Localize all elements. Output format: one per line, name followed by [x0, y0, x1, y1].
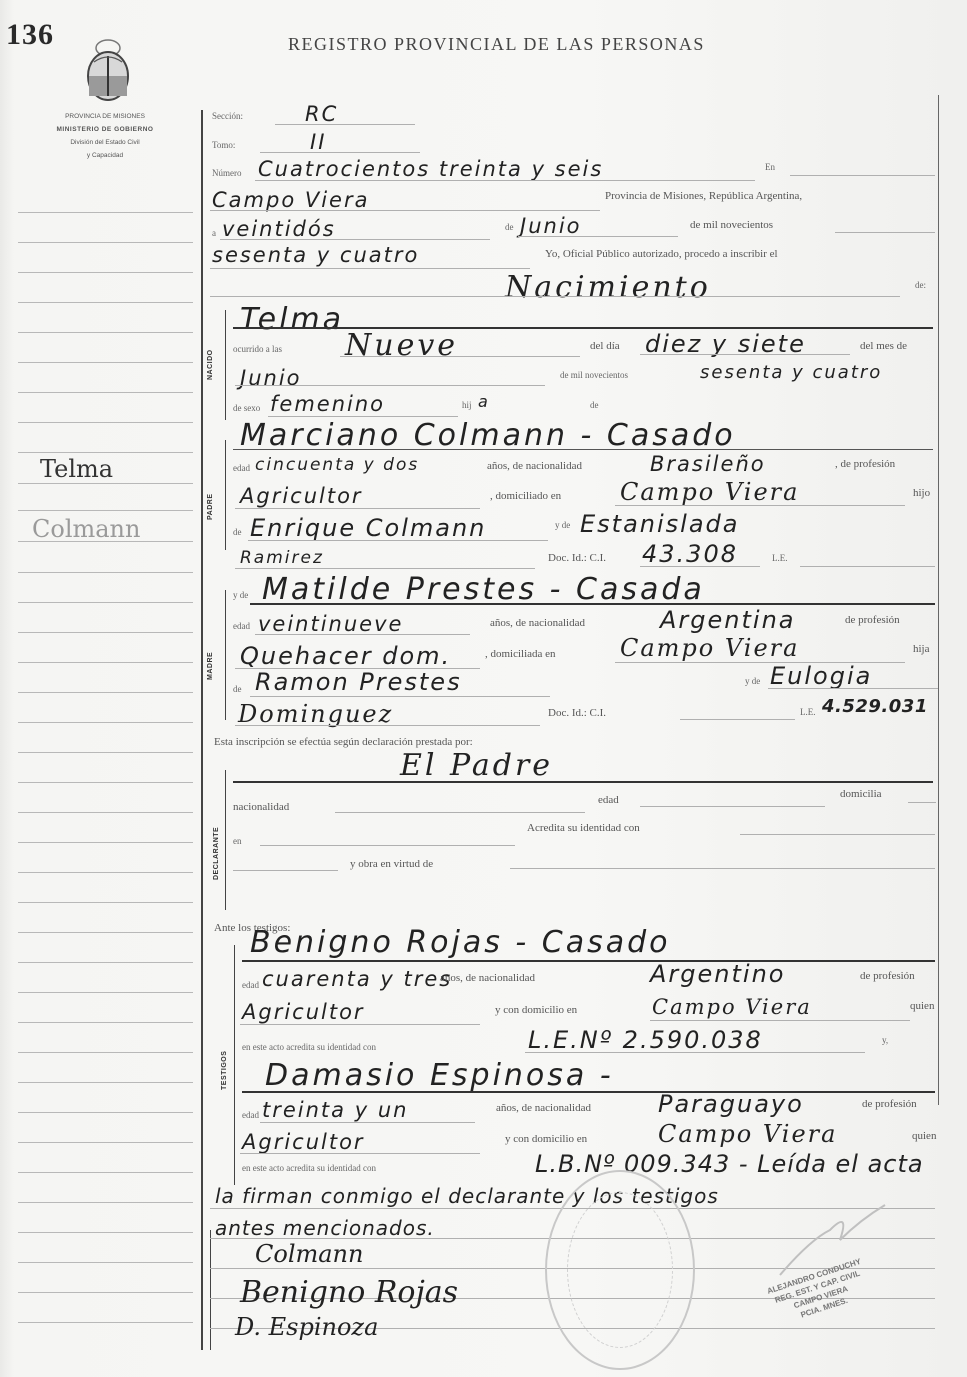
margin-rule [18, 842, 193, 843]
margin-rule [18, 242, 193, 243]
en-label: En [765, 162, 775, 172]
name-underline [250, 603, 935, 605]
margin-rule [18, 1052, 193, 1053]
madre-hija-label: hija [913, 643, 930, 655]
field-underline [210, 210, 600, 211]
margin-rule [18, 1112, 193, 1113]
t1-domicilio-label: y con domicilio en [495, 1004, 577, 1016]
signature-testigo-1: Benigno Rojas [240, 1275, 458, 1310]
t2-profesion-value: Agricultor [242, 1130, 365, 1154]
seccion-value: RC [305, 102, 338, 126]
issuing-organization: PROVINCIA DE MISIONES MINISTERIO DE GOBI… [10, 110, 200, 162]
field-underline [835, 232, 935, 233]
del-dia-label: del día [590, 340, 620, 352]
t1-profesion-value: Agricultor [242, 1000, 365, 1024]
t1-edad-value: cuarenta y tres [262, 967, 452, 991]
ocurrido-label: ocurrido a las [233, 344, 282, 354]
padre-edad-label: edad [233, 463, 250, 473]
field-underline [240, 1024, 480, 1025]
anio-registro-value: sesenta y cuatro [212, 243, 419, 267]
margin-rule [18, 662, 193, 663]
signature-bracket [210, 1230, 211, 1350]
margin-rule [18, 872, 193, 873]
folio-number: 136 [6, 18, 54, 52]
padre-domicilio-value: Campo Viera [620, 478, 799, 506]
margin-rule [18, 692, 193, 693]
margin-rule [18, 902, 193, 903]
madre-edad-label: edad [233, 621, 250, 631]
padre-le-label: L.E. [772, 553, 788, 563]
margin-rule [18, 782, 193, 783]
declarante-domicilio-label: domicilia [840, 788, 882, 800]
margin-rule [18, 1262, 193, 1263]
margin-rule [18, 602, 193, 603]
padre-ci-value: 43.308 [642, 540, 738, 568]
org-capacity: y Capacidad [10, 149, 200, 162]
t1-quien-label: quien [910, 1000, 934, 1012]
document-title: REGISTRO PROVINCIAL DE LAS PERSONAS [288, 34, 705, 55]
argentina-coat-of-arms-icon [82, 34, 134, 104]
testigos-bracket [234, 945, 235, 1185]
madre-le-label: L.E. [800, 707, 816, 717]
margin-rule [18, 1322, 193, 1323]
tomo-label: Tomo: [212, 140, 235, 150]
right-border-rule [938, 95, 939, 1105]
margin-rule [18, 722, 193, 723]
t2-doc-value: L.B.Nº 009.343 - Leída el acta [535, 1150, 924, 1178]
padre-de-label: de [233, 527, 242, 537]
padre-nacionalidad-value: Brasileño [650, 452, 766, 476]
org-province: PROVINCIA DE MISIONES [10, 110, 200, 123]
acto-value: Nacimiento [505, 270, 711, 305]
t2-nacionalidad-value: Paraguayo [658, 1090, 804, 1118]
sexo-value: femenino [270, 392, 385, 416]
oficial-text: Yo, Oficial Público autorizado, procedo … [545, 248, 778, 260]
margin-rule [18, 1232, 193, 1233]
declaracion-intro: Esta inscripción se efectúa según declar… [214, 736, 473, 748]
birth-certificate-page: 136 REGISTRO PROVINCIAL DE LAS PERSONAS … [0, 0, 967, 1377]
margin-rule [18, 932, 193, 933]
madre-y-de2-label: y de [745, 676, 760, 686]
t1-nacionalidad-label: años, de nacionalidad [440, 972, 535, 984]
field-underline [275, 124, 415, 125]
margin-rule [18, 212, 193, 213]
margin-rule [18, 510, 193, 511]
tomo-value: II [310, 130, 326, 154]
padre-profesion-label: , de profesión [835, 458, 895, 470]
madre-domicilio-value: Campo Viera [620, 634, 799, 662]
t2-edad-label: edad [242, 1110, 259, 1120]
nacido-bracket [225, 310, 226, 420]
section-label-nacido: NACIDO [207, 349, 214, 380]
field-underline [650, 1020, 910, 1021]
margin-rule [18, 1142, 193, 1143]
madre-bracket [225, 590, 226, 720]
madre-doc-label: Doc. Id.: C.I. [548, 707, 606, 719]
field-underline [235, 725, 540, 726]
t1-y-label: y, [882, 1035, 888, 1045]
name-underline [242, 960, 935, 962]
margin-rule [18, 1202, 193, 1203]
field-underline [260, 152, 420, 153]
mes-nacimiento-value: Junio [240, 366, 302, 390]
field-underline [335, 812, 585, 813]
margin-rule [18, 632, 193, 633]
del-mes-label: del mes de [860, 340, 907, 352]
field-underline [210, 268, 530, 269]
padre-nacionalidad-label: años, de nacionalidad [487, 460, 582, 472]
field-underline [260, 845, 515, 846]
margin-rule [18, 962, 193, 963]
field-underline [640, 566, 760, 567]
field-underline [240, 1153, 480, 1154]
hora-value: Nueve [345, 328, 458, 363]
t2-domicilio-value: Campo Viera [658, 1120, 837, 1148]
madre-de-label: de [233, 684, 242, 694]
field-underline [615, 505, 905, 506]
declarante-value: El Padre [400, 748, 553, 783]
padre-y-de-label: y de [555, 520, 570, 530]
section-label-testigos: TESTIGOS [221, 1051, 228, 1090]
field-underline [250, 696, 550, 697]
field-underline [235, 385, 545, 386]
field-underline [235, 508, 480, 509]
madre-profesion-value: Quehacer dom. [240, 642, 451, 670]
declarante-bracket [225, 770, 226, 910]
madre-edad-value: veintinueve [258, 612, 403, 636]
margin-rule [18, 1172, 193, 1173]
declarante-obra-label: y obra en virtud de [350, 858, 433, 870]
t1-nacionalidad-value: Argentino [650, 960, 785, 988]
margin-rule [18, 483, 193, 484]
field-underline [640, 806, 825, 807]
abuela-materna-value-1: Eulogia [770, 662, 872, 690]
field-underline [340, 356, 580, 357]
signature-testigo-2: D. Espinoza [235, 1313, 378, 1341]
t1-doc-value: L.E.Nº 2.590.038 [528, 1026, 763, 1054]
field-underline [768, 688, 938, 689]
field-underline [518, 236, 678, 237]
margin-rule [18, 302, 193, 303]
dia-registro-value: veintidós [222, 217, 336, 241]
field-underline [248, 540, 548, 541]
provincia-text: Provincia de Misiones, República Argenti… [605, 190, 802, 202]
t2-acredita-label: en este acto acredita su identidad con [242, 1163, 376, 1173]
margin-rule [18, 362, 193, 363]
name-underline [242, 1091, 935, 1093]
mil-label: de mil novecientos [690, 219, 773, 231]
margin-note-first-name: Telma [40, 455, 113, 483]
field-underline [220, 239, 490, 240]
mes-registro-value: Junio [520, 214, 582, 238]
padre-doc-label: Doc. Id.: C.I. [548, 552, 606, 564]
abuela-paterna-value-1: Estanislada [580, 510, 739, 538]
hij-value: a [478, 392, 490, 411]
t1-domicilio-value: Campo Viera [652, 995, 812, 1019]
t1-profesion-label: de profesión [860, 970, 915, 982]
t1-acredita-label: en este acto acredita su identidad con [242, 1042, 376, 1052]
margin-rule [18, 812, 193, 813]
field-underline [510, 868, 935, 869]
sexo-label: de sexo [233, 403, 260, 413]
main-margin-rule [201, 110, 203, 1350]
field-underline [268, 416, 458, 417]
numero-label: Número [212, 168, 242, 178]
numero-value: Cuatrocientos treinta y seis [258, 157, 603, 181]
field-underline [790, 175, 935, 176]
madre-nacionalidad-value: Argentina [660, 606, 796, 634]
padre-edad-value: cincuenta y dos [255, 455, 419, 475]
t2-quien-label: quien [912, 1130, 936, 1142]
name-underline [233, 449, 933, 450]
org-division: División del Estado Civil [10, 136, 200, 149]
margin-rule [18, 992, 193, 993]
padre-bracket [225, 440, 226, 550]
field-underline [255, 634, 470, 635]
abuelo-materno-value: Ramon Prestes [255, 668, 462, 696]
field-underline [255, 180, 755, 181]
org-ministry: MINISTERIO DE GOBIERNO [10, 123, 200, 136]
field-underline [260, 1122, 475, 1123]
field-underline [680, 719, 795, 720]
declarante-edad-label: edad [598, 794, 619, 806]
t2-edad-value: treinta y un [262, 1098, 408, 1122]
madre-nombre: Matilde Prestes - Casada [262, 572, 705, 607]
testigo1-nombre: Benigno Rojas - Casado [250, 925, 671, 960]
section-label-declarante: DECLARANTE [213, 827, 220, 880]
t2-domicilio-label: y con domicilio en [505, 1133, 587, 1145]
padre-nombre: Marciano Colmann - Casado [240, 418, 736, 453]
testigo2-nombre: Damasio Espinosa - [265, 1058, 614, 1093]
de-label: de [505, 222, 514, 232]
declarante-nacionalidad-label: nacionalidad [233, 801, 289, 813]
signature-declarante: Colmann [255, 1240, 363, 1268]
abuela-paterna-value-2: Ramirez [240, 548, 324, 568]
field-underline [800, 566, 935, 567]
abuela-materna-value-2: Dominguez [238, 700, 393, 728]
margin-rule [18, 752, 193, 753]
seccion-label: Sección: [212, 111, 243, 121]
margin-note-last-name: Colmann [32, 515, 140, 543]
madre-domicilio-label: , domiciliada en [485, 648, 556, 660]
field-underline [640, 354, 850, 355]
lugar-value: Campo Viera [212, 188, 369, 212]
section-label-padre: PADRE [207, 494, 214, 520]
anio-nacimiento-value: sesenta y cuatro [700, 362, 882, 383]
margin-rule [18, 422, 193, 423]
declarante-en-label: en [233, 836, 242, 846]
madre-y-de-label: y de [233, 590, 248, 600]
margin-rule [18, 392, 193, 393]
madre-nacionalidad-label: años, de nacionalidad [490, 617, 585, 629]
cierre-line-2: antes mencionados. [215, 1216, 435, 1240]
t2-nacionalidad-label: años, de nacionalidad [496, 1102, 591, 1114]
field-underline [233, 870, 338, 871]
de-label: de [590, 400, 599, 410]
field-underline [908, 802, 936, 803]
padre-hijo-label: hijo [913, 487, 930, 499]
margin-rule [18, 452, 193, 453]
margin-rule [18, 332, 193, 333]
nacido-nombre: Telma [240, 302, 344, 337]
field-underline [525, 1052, 865, 1053]
field-underline [210, 296, 900, 297]
margin-rule [18, 1292, 193, 1293]
name-underline [233, 781, 933, 783]
field-underline [740, 834, 935, 835]
padre-domicilio-label: , domiciliado en [490, 490, 561, 502]
section-label-madre: MADRE [207, 652, 214, 680]
hij-label: hij [462, 400, 472, 410]
margin-rule [18, 1022, 193, 1023]
declarante-acredita-label: Acredita su identidad con [527, 822, 640, 834]
de-colon-label: de: [915, 280, 926, 290]
field-underline [235, 568, 535, 569]
official-seal-stamp [545, 1170, 695, 1370]
madre-profesion-label: de profesión [845, 614, 900, 626]
margin-rule [18, 1082, 193, 1083]
t2-profesion-label: de profesión [862, 1098, 917, 1110]
a-label: a [212, 228, 216, 238]
padre-profesion-value: Agricultor [240, 484, 363, 508]
margin-rule [18, 272, 193, 273]
mil-nacimiento-label: de mil novecientos [560, 370, 628, 380]
margin-rule [18, 572, 193, 573]
abuelo-paterno-value: Enrique Colmann [250, 514, 486, 542]
madre-le-value: 4.529.031 [822, 696, 928, 717]
t1-edad-label: edad [242, 980, 259, 990]
name-underline [233, 327, 933, 329]
